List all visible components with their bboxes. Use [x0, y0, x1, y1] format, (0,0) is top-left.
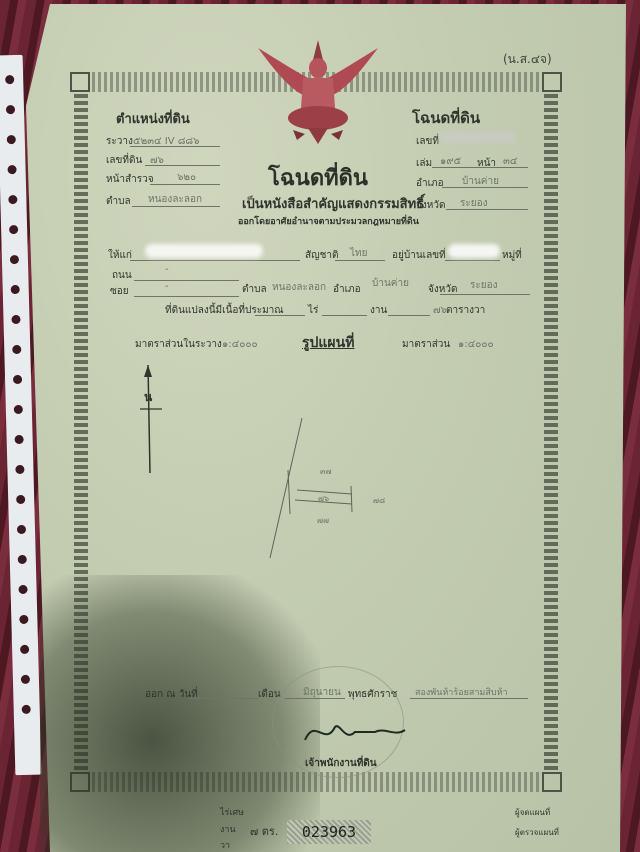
page-value: ๓๔	[503, 154, 517, 169]
redacted-deed-number	[440, 132, 515, 143]
house-no-label: อยู่บ้านเลขที่	[392, 248, 446, 263]
form-code: (น.ส.๔จ)	[503, 50, 552, 69]
issue-date-label: ออก ณ วันที่	[145, 687, 198, 702]
sqwa-value: ๗๖	[433, 303, 447, 318]
redacted-house-number	[448, 244, 500, 258]
nationality-label: สัญชาติ	[305, 248, 339, 263]
scale-label-right: มาตราส่วน	[402, 337, 450, 352]
amphoe-value: บ้านค่าย	[462, 174, 499, 189]
footer-right-label-1: ผู้จดแผนที่	[515, 806, 550, 819]
plot-map: ๓๗ ๗๖ ๗๗ ๗๘	[240, 410, 370, 564]
ngan-label: งาน	[370, 303, 387, 318]
amphoe-label: อำเภอ	[416, 176, 444, 191]
province-value: ระยอง	[460, 196, 488, 211]
road-label: ถนน	[112, 268, 132, 283]
footer-label-3: วา	[220, 838, 230, 852]
owner-amphoe-label: อำเภอ	[333, 282, 361, 297]
footer-label-2: งาน	[220, 822, 236, 836]
moo-label: หมู่ที่	[502, 248, 522, 263]
plot-label-east: ๗๘	[373, 494, 385, 507]
province-label: จังหวัด	[416, 198, 445, 213]
owner-tambon-value: หนองละลอก	[272, 280, 326, 295]
book-value: ๑๙๕	[440, 154, 461, 169]
scale-value-right: ๑:๔๐๐๐	[458, 337, 494, 352]
footer-label-1: ไร่เศษ	[220, 805, 244, 819]
book-label: เล่ม	[416, 156, 432, 171]
serial-number: 023963	[287, 820, 371, 844]
rawang-value: ๕๒๓๔ IV ๘๘๖	[133, 134, 200, 149]
soi-value: -	[165, 281, 169, 292]
parcel-no-value: ๗๖	[150, 153, 164, 168]
soi-label: ซอย	[110, 284, 129, 299]
plot-label-south: ๗๗	[317, 514, 329, 527]
deed-number-label: เลขที่	[416, 134, 439, 149]
issue-year-value: สองพันห้าร้อยสามสิบห้า	[415, 685, 508, 699]
owner-province-value: ระยอง	[470, 278, 498, 293]
sqwa-label: ตารางวา	[446, 303, 485, 318]
footer-handwritten-note: ๗ ตร.	[250, 822, 278, 840]
land-location-heading: ตำแหน่งที่ดิน	[116, 108, 190, 129]
deed-title: โฉนดที่ดิน	[268, 160, 368, 195]
garuda-emblem-icon	[253, 38, 383, 146]
redacted-owner-name	[145, 244, 263, 258]
owner-amphoe-value: บ้านค่าย	[372, 276, 409, 291]
scale-value-left: ๑:๔๐๐๐	[222, 337, 258, 352]
issue-day-value: ๑๘	[210, 685, 224, 700]
north-arrow-icon	[140, 365, 170, 479]
deed-subtitle: เป็นหนังสือสำคัญแสดงกรรมสิทธิ์	[242, 193, 424, 214]
tambon-label: ตำบล	[106, 194, 131, 209]
map-heading: รูปแผนที่	[302, 332, 354, 354]
owner-tambon-label: ตำบล	[242, 282, 267, 297]
road-value: -	[165, 264, 169, 275]
issued-by-text: ออกโดยอาศัยอำนาจตามประมวลกฎหมายที่ดิน	[238, 214, 419, 228]
owner-to-label: ให้แก่	[108, 248, 132, 263]
signer-title: เจ้าพนักงานที่ดิน	[305, 756, 377, 771]
rai-label: ไร่	[308, 303, 318, 318]
page-label: หน้า	[477, 156, 496, 171]
rawang-label: ระวาง	[106, 134, 133, 149]
nationality-value: ไทย	[350, 246, 367, 261]
footer-right-label-2: ผู้ตรวจแผนที่	[515, 826, 559, 839]
official-signature	[300, 712, 410, 752]
deed-info-heading: โฉนดที่ดิน	[412, 106, 480, 130]
scale-label-left: มาตราส่วนในระวาง	[135, 337, 222, 352]
survey-page-label: หน้าสำรวจ	[106, 172, 154, 187]
north-label: น	[144, 388, 152, 407]
survey-page-value: ๖๒๐	[177, 170, 196, 185]
plot-label-north: ๓๗	[320, 465, 331, 478]
plot-label-parcel: ๗๖	[318, 492, 329, 505]
parcel-no-label: เลขที่ดิน	[106, 153, 142, 168]
tambon-value: หนองละลอก	[148, 192, 202, 207]
